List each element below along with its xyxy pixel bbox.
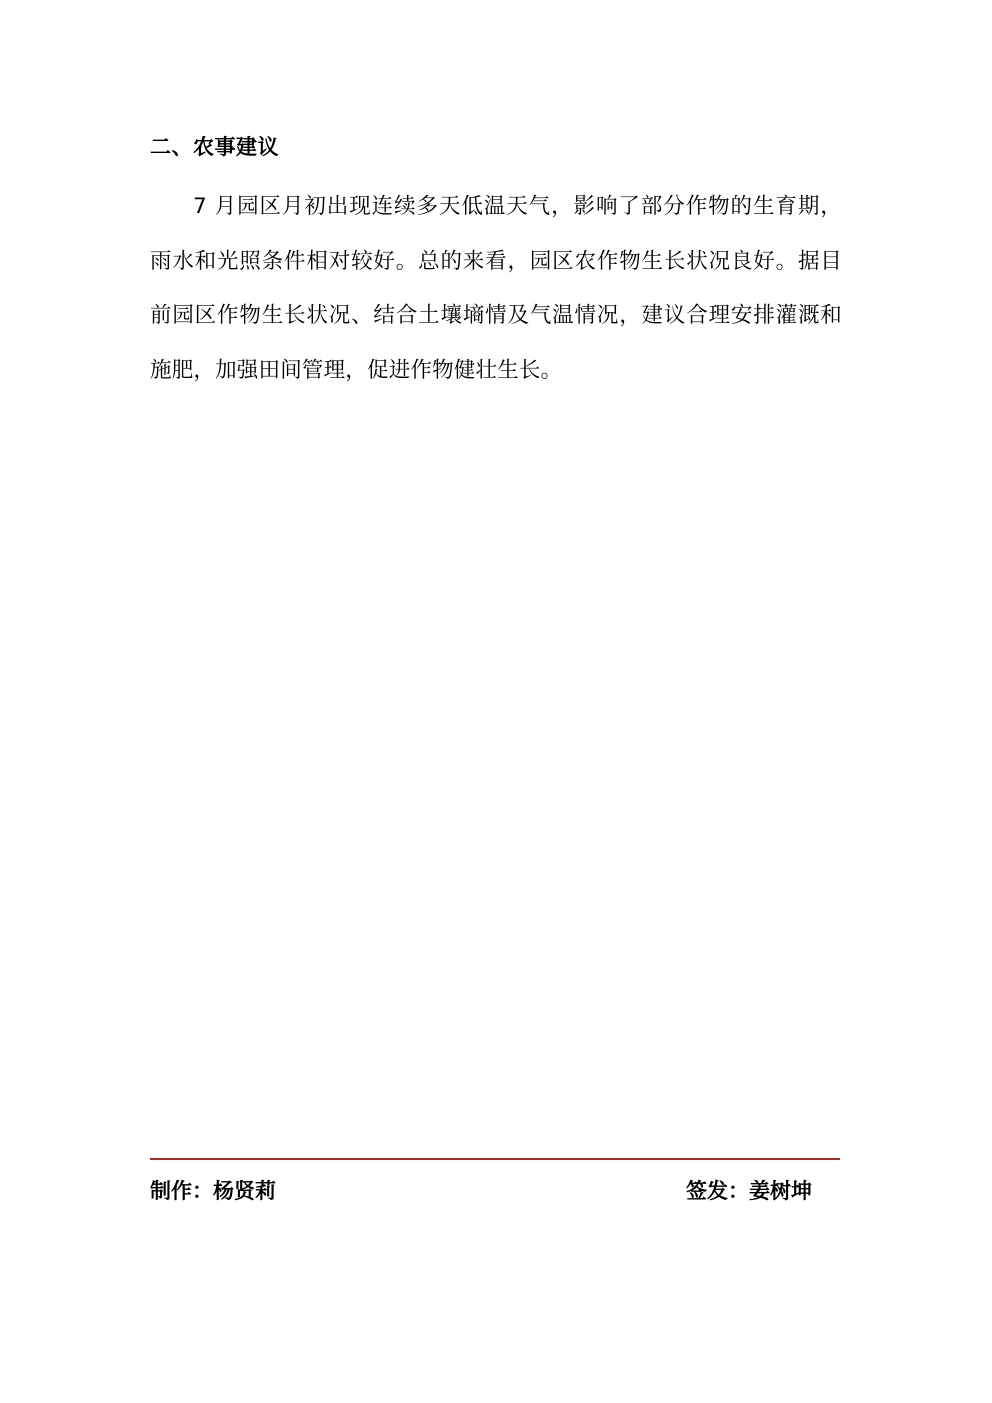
producer-credit: 制作：杨贤莉 — [150, 1175, 276, 1207]
section-heading: 二、农事建议 — [150, 131, 279, 163]
document-page: 二、农事建议 7 月园区月初出现连续多天低温天气，影响了部分作物的生育期，雨水和… — [0, 0, 992, 1403]
issuer-credit: 签发：姜树坤 — [686, 1175, 812, 1207]
advice-paragraph: 7 月园区月初出现连续多天低温天气，影响了部分作物的生育期，雨水和光照条件相对较… — [150, 180, 842, 398]
footer-divider — [150, 1158, 840, 1160]
